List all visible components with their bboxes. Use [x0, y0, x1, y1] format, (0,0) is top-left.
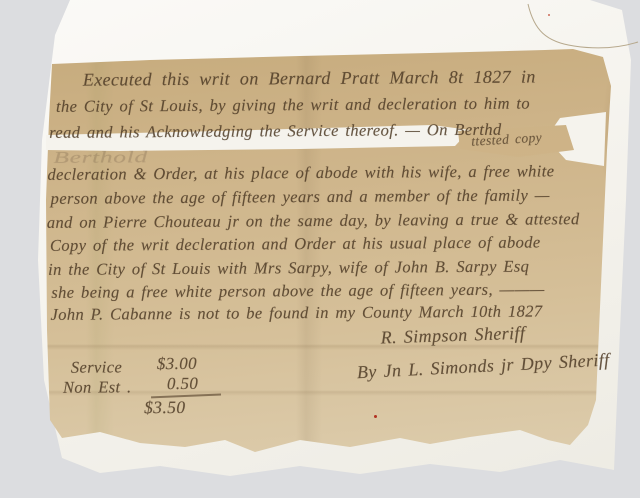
fee-non-est-amount: 0.50	[167, 374, 198, 394]
scrap-fragment-text: ttested copy	[471, 130, 543, 150]
manuscript-line: the City of St Louis, by giving the writ…	[56, 94, 530, 117]
manuscript-line: Copy of the writ decleration and Order a…	[50, 232, 541, 255]
manuscript-line: read and his Acknowledging the Service t…	[49, 120, 502, 143]
sheriff-signature: R. Simpson Sheriff	[380, 323, 525, 349]
fee-service-label: Service	[71, 357, 122, 377]
fee-total-amount: $3.50	[144, 397, 186, 418]
scan-canvas: Executed this writ on Bernard Pratt Marc…	[0, 0, 640, 498]
manuscript-line: Executed this writ on Bernard Pratt Marc…	[83, 66, 536, 90]
deputy-signature: By Jn L. Simonds jr Dpy Sheriff	[356, 349, 610, 383]
red-speck	[548, 14, 550, 16]
manuscript-line: in the City of St Louis with Mrs Sarpy, …	[48, 257, 529, 280]
return-statement-line: John P. Cabanne is not to be found in my…	[50, 301, 542, 324]
manuscript-line: person above the age of fifteen years an…	[51, 185, 550, 208]
manuscript-line: decleration & Order, at his place of abo…	[47, 161, 554, 185]
handwritten-text-layer: Executed this writ on Bernard Pratt Marc…	[0, 0, 640, 498]
manuscript-line: and on Pierre Chouteau jr on the same da…	[47, 209, 580, 233]
red-speck	[374, 415, 377, 418]
fee-non-est-label: Non Est .	[63, 377, 132, 397]
fee-service-amount: $3.00	[157, 354, 197, 374]
manuscript-line: she being a free white person above the …	[51, 279, 545, 302]
